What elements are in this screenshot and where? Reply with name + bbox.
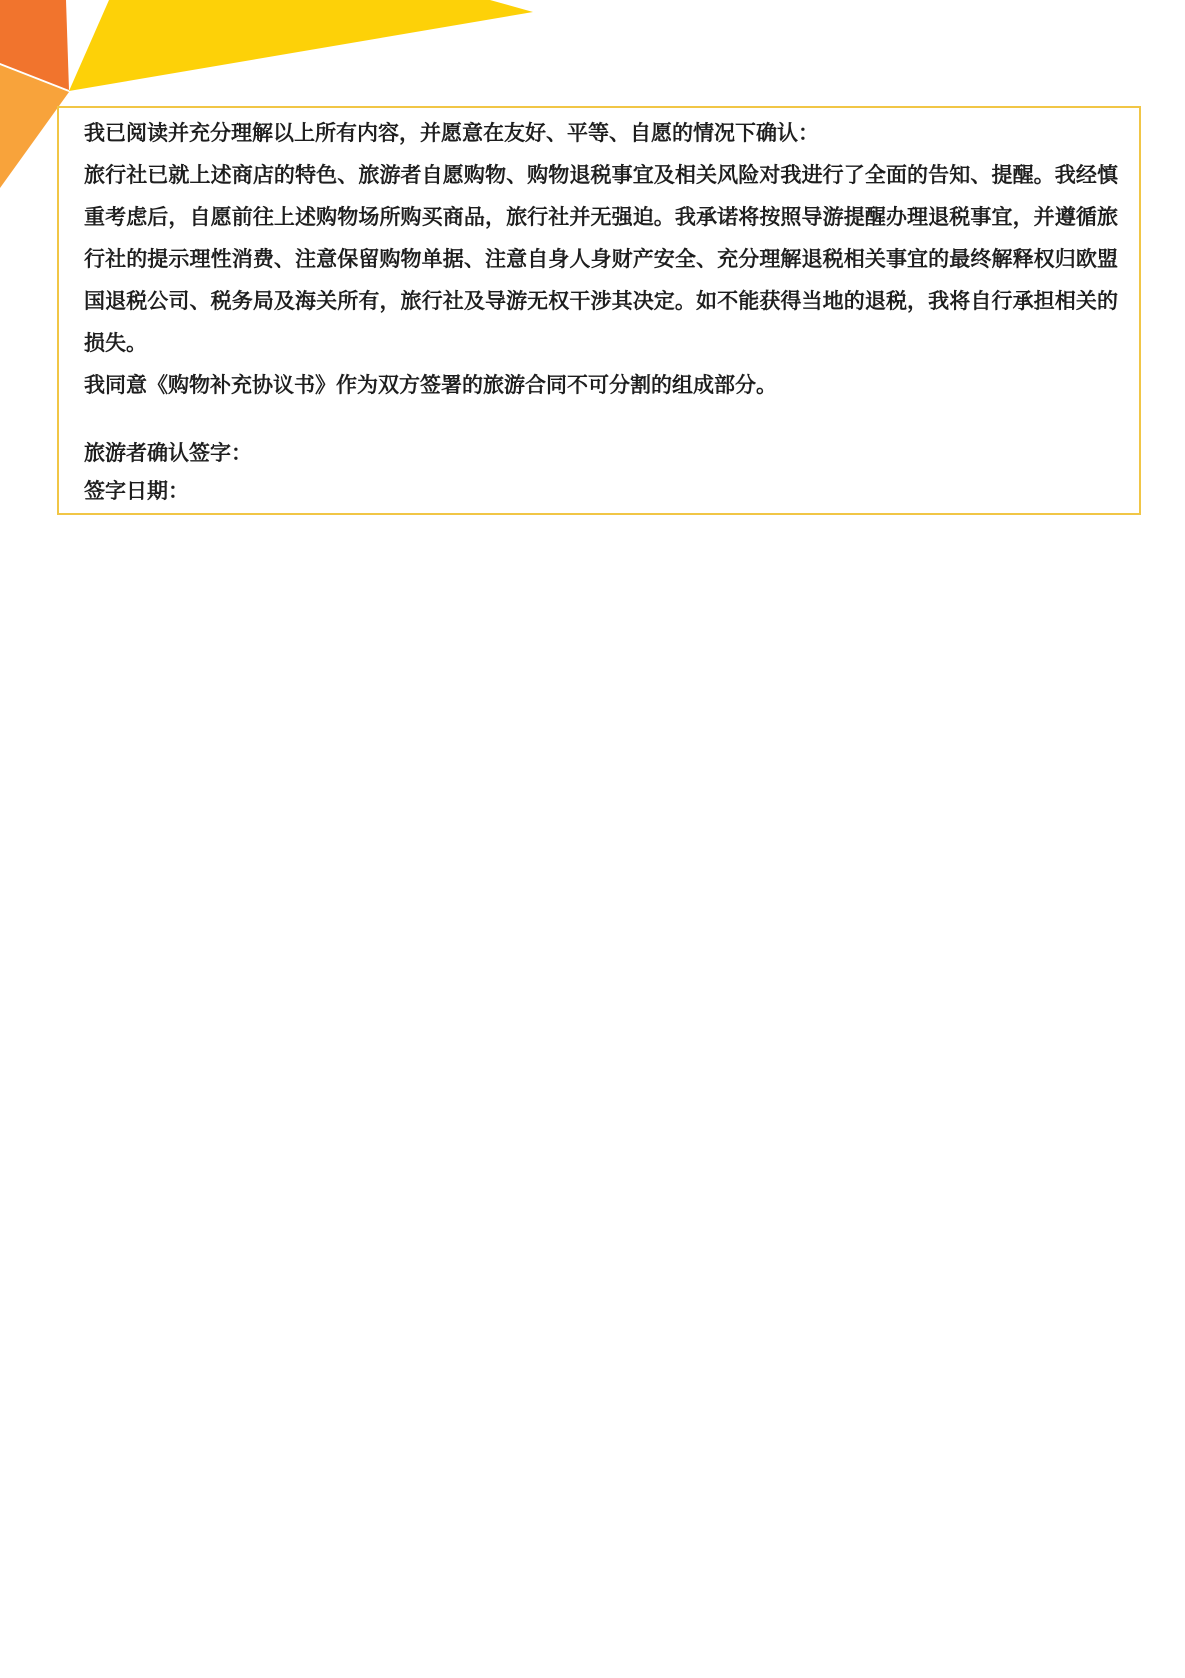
signature-label: 旅游者确认签字： (84, 435, 1118, 473)
body-line: 重考虑后，自愿前往上述购物场所购买商品，旅行社并无强迫。我承诺将按照导游提醒办理… (84, 197, 1118, 239)
body-line: 国退税公司、税务局及海关所有，旅行社及导游无权干涉其决定。如不能获得当地的退税，… (84, 281, 1118, 323)
date-label: 签字日期： (84, 473, 1118, 511)
yellow-triangle (69, 0, 533, 91)
body-line: 旅行社已就上述商店的特色、旅游者自愿购物、购物退税事宜及相关风险对我进行了全面的… (84, 155, 1118, 197)
signature-block: 旅游者确认签字： 签字日期： (84, 435, 1118, 511)
body-line: 损失。 (84, 323, 1118, 365)
body-line: 行社的提示理性消费、注意保留购物单据、注意自身人身财产安全、充分理解退税相关事宜… (84, 239, 1118, 281)
agreement-line: 我同意《购物补充协议书》作为双方签署的旅游合同不可分割的组成部分。 (84, 365, 1118, 407)
confirmation-box: 我已阅读并充分理解以上所有内容，并愿意在友好、平等、自愿的情况下确认： 旅行社已… (57, 106, 1141, 515)
document-page: { "page": { "background": "#ffffff" }, "… (0, 0, 1185, 1678)
intro-line: 我已阅读并充分理解以上所有内容，并愿意在友好、平等、自愿的情况下确认： (84, 113, 1118, 155)
